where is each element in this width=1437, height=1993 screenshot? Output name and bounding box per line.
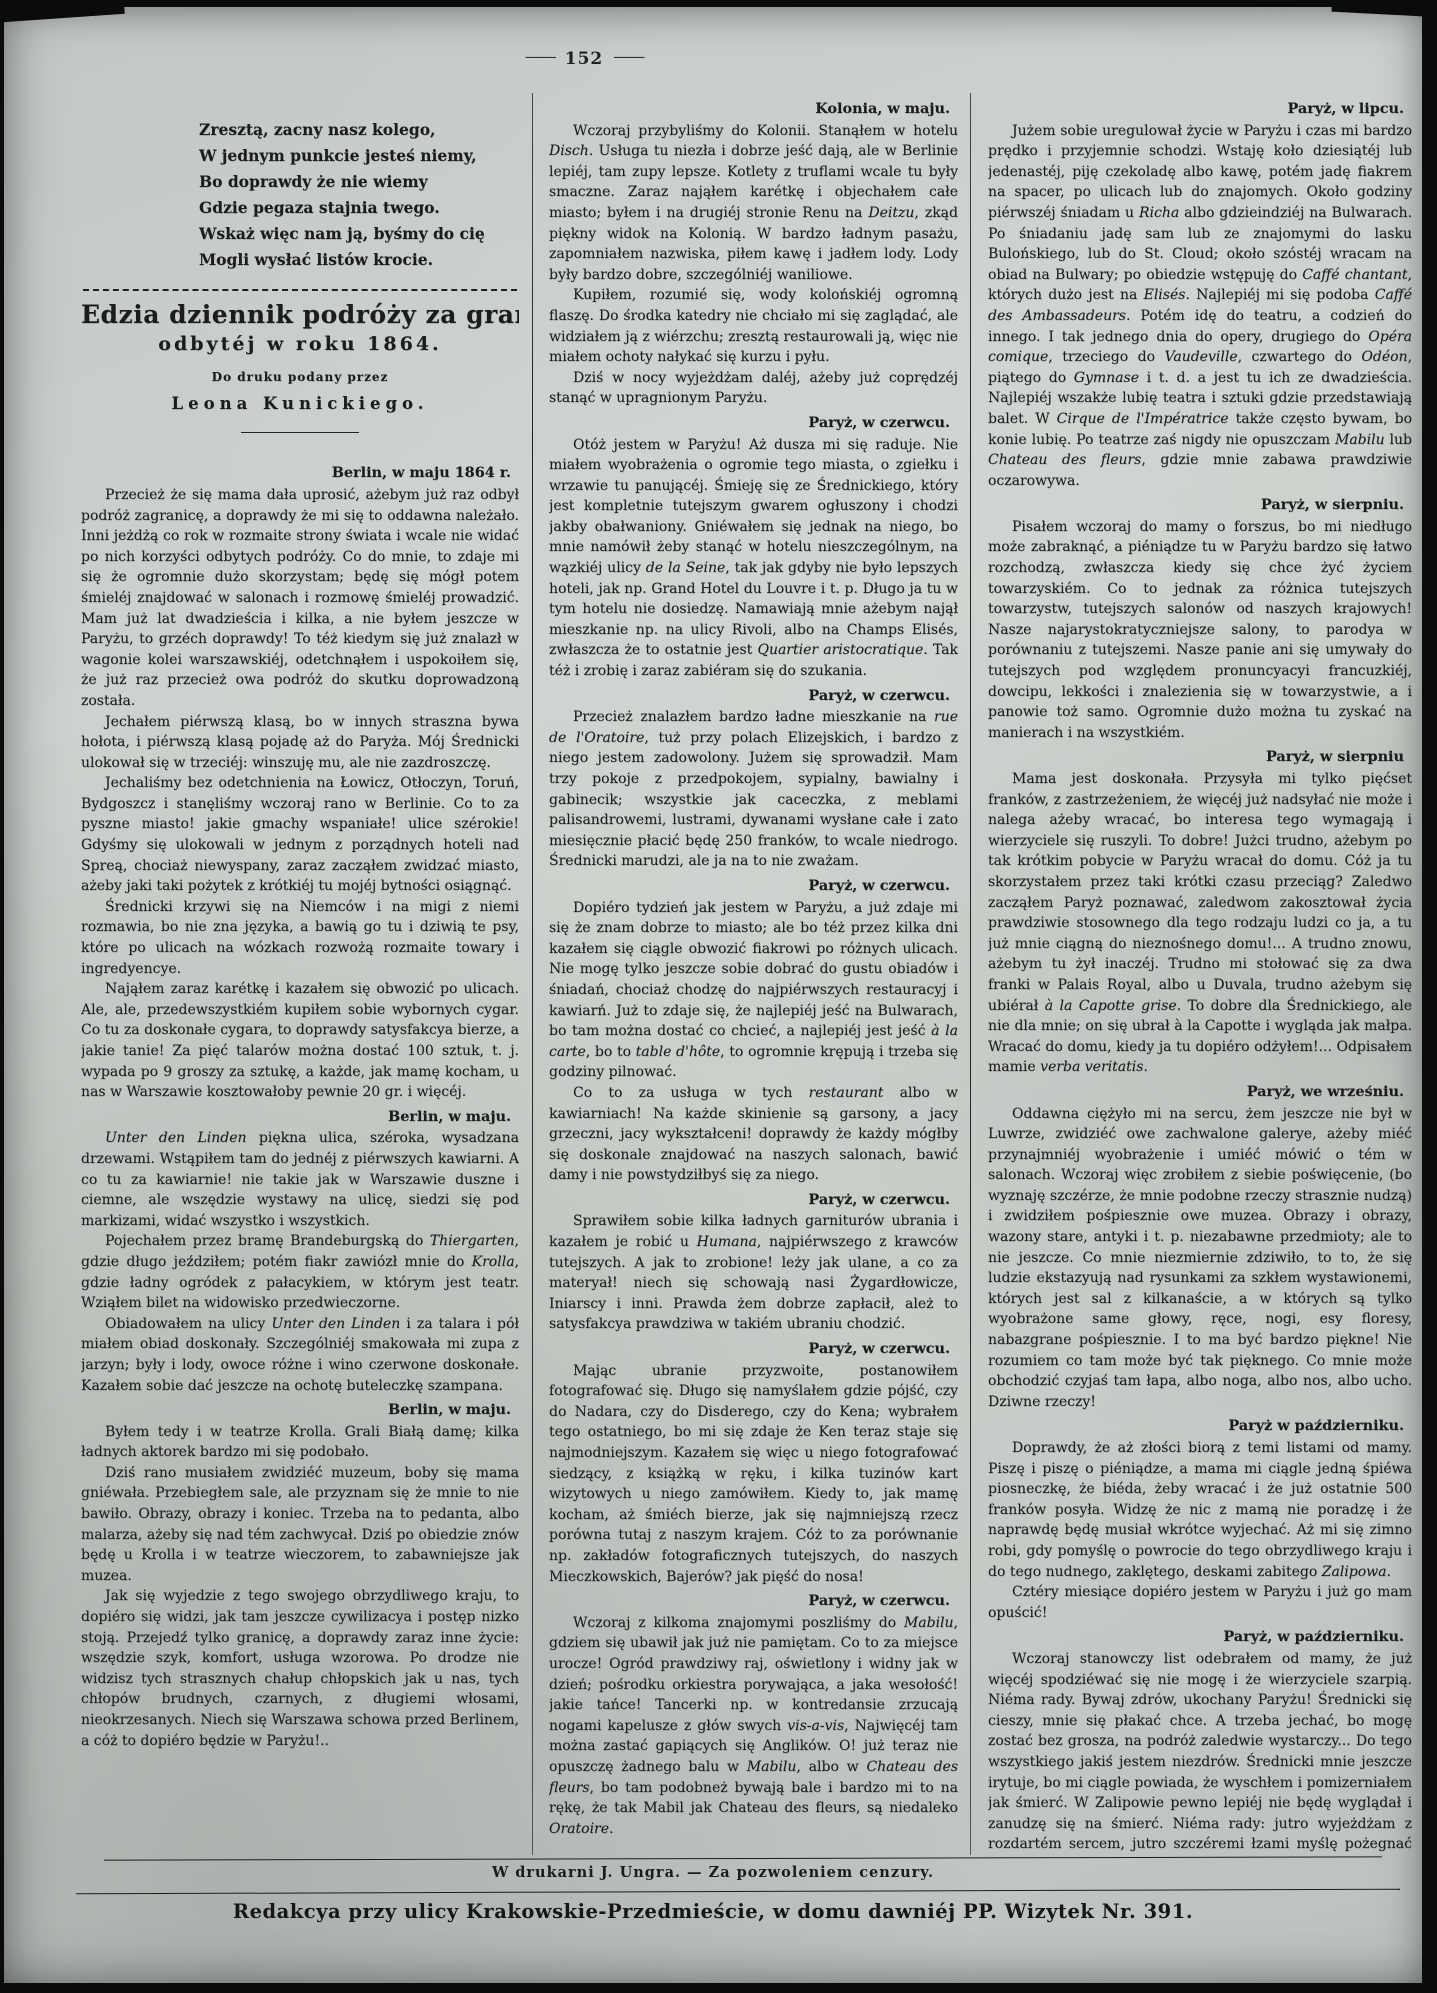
dateline: Paryż, w czerwcu. <box>549 1591 958 1612</box>
dateline: Paryż, w październiku. <box>988 1627 1412 1648</box>
scanned-newspaper-page: { "page": { "number": "152", "dash": "——… <box>0 0 1437 1993</box>
poem-line: Mogli wysłać listów krocie. <box>199 247 519 273</box>
rule-dashed <box>83 289 517 291</box>
dateline: Paryż, we wrześniu. <box>988 1082 1412 1103</box>
para: Otóż jestem w Paryżu! Aż dusza mi się ra… <box>549 435 958 682</box>
footer-rule-top <box>104 1856 1382 1860</box>
dateline: Paryż, w czerwcu. <box>549 1339 958 1360</box>
poem-line: Bo doprawdy że nie wiemy <box>199 169 519 195</box>
dateline: Kolonia, w maju. <box>549 99 958 120</box>
para: Dziś w nocy wyjeżdżam daléj, ażeby już c… <box>549 368 958 409</box>
para: Unter den Linden piękna ulica, széroka, … <box>81 1128 519 1231</box>
para: Co to za usługa w tych restaurant albo w… <box>549 1083 958 1186</box>
para: Cztéry miesiące dopiéro jestem w Paryżu … <box>988 1582 1412 1623</box>
poem: Zresztą, zacny nasz kolego,W jednym punk… <box>199 117 519 273</box>
dateline: Berlin, w maju. <box>81 1107 519 1128</box>
page-number-dash-left: —— <box>515 47 565 67</box>
para: Jechałem piérwszą klasą, bo w innych str… <box>81 712 519 774</box>
redaction-address-line: Redakcya przy ulicy Krakowskie-Przedmieś… <box>4 1900 1422 1923</box>
para: Jechaliśmy bez odetchnienia na Łowicz, O… <box>81 773 519 897</box>
dateline: Berlin, w maju 1864 r. <box>81 463 519 484</box>
byline-name: Leona Kunickiego. <box>81 394 519 415</box>
page: ——152—— Zresztą, zacny nasz kolego,W jed… <box>4 7 1422 1983</box>
para: Dziś rano musiałem zwidziéć muzeum, boby… <box>81 1463 519 1587</box>
poem-line: Gdzie pegaza stajnia twego. <box>199 195 519 221</box>
para: Obiadowałem na ulicy Unter den Linden i … <box>81 1314 519 1396</box>
dateline: Paryż, w czerwcu. <box>549 1190 958 1211</box>
dateline: Paryż, w sierpniu. <box>988 495 1412 516</box>
printer-imprint-line: W drukarni J. Ungra. — Za pozwoleniem ce… <box>4 1864 1422 1881</box>
column-right: Paryż, w lipcu.Jużem sobie uregulował ży… <box>988 95 1412 1855</box>
para: Wczoraj stanowczy list odebrałem od mamy… <box>988 1649 1412 1855</box>
column-divider-left <box>532 93 533 1855</box>
dateline: Paryż, w lipcu. <box>988 99 1412 120</box>
dateline: Paryż, w czerwcu. <box>549 876 958 897</box>
column-middle: Kolonia, w maju.Wczoraj przybyliśmy do K… <box>549 95 958 1855</box>
para: Sprawiłem sobie kilka ładnych garniturów… <box>549 1211 958 1335</box>
para: Mając ubranie przyzwoite, postanowiłem f… <box>549 1361 958 1588</box>
page-number-dash-right: —— <box>603 47 653 67</box>
para: Nająłem zaraz karétkę i kazałem się obwo… <box>81 979 519 1103</box>
dateline: Berlin, w maju. <box>81 1400 519 1421</box>
para: Pisałem wczoraj do mamy o forszus, bo mi… <box>988 517 1412 744</box>
para: Przecież że się mama dała uprosić, ażeby… <box>81 485 519 712</box>
para: Oddawna ciężyło mi na sercu, żem jeszcze… <box>988 1104 1412 1413</box>
para: Mama jest doskonała. Przysyła mi tylko p… <box>988 769 1412 1078</box>
column-divider-right <box>970 93 971 1855</box>
para: Kupiłem, rozumié się, wody kolońskiéj og… <box>549 285 958 367</box>
para: Wczoraj przybyliśmy do Kolonii. Stanąłem… <box>549 121 958 286</box>
para: Średnicki krzywi się na Niemców i na mig… <box>81 897 519 979</box>
page-number-value: 152 <box>565 49 604 69</box>
footer-rule-bottom <box>76 1889 1400 1895</box>
para: Dopiéro tydzień jak jestem w Paryżu, a j… <box>549 898 958 1083</box>
scan-corner-shadow-top-left <box>4 7 125 24</box>
para: Wczoraj z kilkoma znajomymi poszliśmy do… <box>549 1613 958 1840</box>
scan-corner-shadow-top-right <box>1331 7 1422 18</box>
para: Pojechałem przez bramę Brandeburgską do … <box>81 1231 519 1313</box>
dateline: Paryż w październiku. <box>988 1416 1412 1437</box>
byline-small: Do druku podany przez <box>81 367 519 388</box>
para: Doprawdy, że aż złości biorą z temi list… <box>988 1438 1412 1582</box>
subtitle: odbytéj w roku 1864. <box>81 334 519 355</box>
poem-line: Wskaż więc nam ją, byśmy do cię <box>199 221 519 247</box>
rule-short <box>241 432 359 433</box>
column-left: Zresztą, zacny nasz kolego,W jednym punk… <box>81 95 519 1855</box>
para: Byłem tedy i w teatrze Krolla. Grali Bia… <box>81 1422 519 1463</box>
page-number: ——152—— <box>444 49 724 69</box>
dateline: Paryż, w sierpniu <box>988 747 1412 768</box>
dateline: Paryż, w czerwcu. <box>549 413 958 434</box>
dateline: Paryż, w czerwcu. <box>549 686 958 707</box>
para: Przecież znalazłem bardzo ładne mieszkan… <box>549 707 958 872</box>
poem-line: W jednym punkcie jesteś niemy, <box>199 143 519 169</box>
para: Jużem sobie uregulował życie w Paryżu i … <box>988 121 1412 492</box>
poem-line: Zresztą, zacny nasz kolego, <box>199 117 519 143</box>
title: Edzia dziennik podróży za granicę. <box>81 305 519 326</box>
para: Jak się wyjedzie z tego swojego obrzydli… <box>81 1586 519 1751</box>
